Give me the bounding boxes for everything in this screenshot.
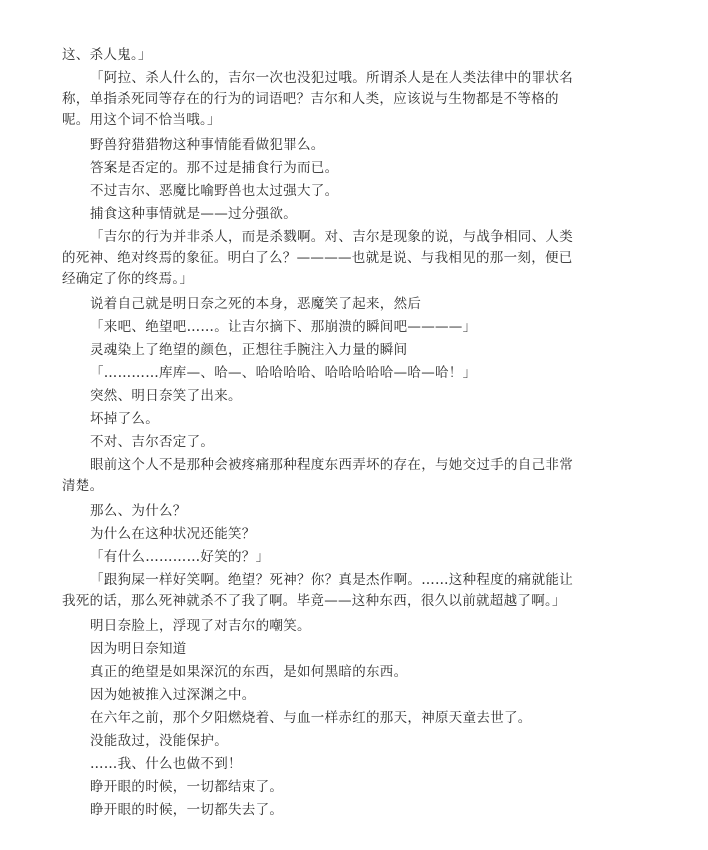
paragraph: 为什么在这种状况还能笑？ [62, 524, 582, 545]
paragraph: 「跟狗屎一样好笑啊。绝望？死神？你？真是杰作啊。……这种程度的痛就能让我死的话，… [62, 570, 582, 612]
paragraph: 真正的绝望是如果深沉的东西，是如何黑暗的东西。 [62, 662, 582, 683]
paragraph: 坏掉了么。 [62, 409, 582, 430]
paragraph: 野兽狩猎猎物这种事情能看做犯罪么。 [62, 135, 582, 156]
paragraph: 因为她被推入过深渊之中。 [62, 685, 582, 706]
paragraph: 不对、吉尔否定了。 [62, 432, 582, 453]
paragraph: 没能敌过，没能保护。 [62, 731, 582, 752]
paragraph: 睁开眼的时候，一切都失去了。 [62, 800, 582, 821]
paragraph: ……我、什么也做不到！ [62, 754, 582, 775]
paragraph: 明日奈脸上，浮现了对吉尔的嘲笑。 [62, 616, 582, 637]
paragraph: 这、杀人鬼。」 [62, 45, 582, 66]
paragraph: 答案是否定的。那不过是捕食行为而已。 [62, 158, 582, 179]
paragraph: 因为明日奈知道 [62, 639, 582, 660]
paragraph: 「有什么…………好笑的？」 [62, 547, 582, 568]
paragraph: 「吉尔的行为并非杀人，而是杀戮啊。对、吉尔是现象的说，与战争相同、人类的死神、绝… [62, 227, 582, 290]
paragraph: 「…………库库—、哈—、哈哈哈哈、哈哈哈哈哈—哈—哈！」 [62, 363, 582, 384]
paragraph: 突然、明日奈笑了出来。 [62, 386, 582, 407]
document-page: 这、杀人鬼。」 「阿拉、杀人什么的，吉尔一次也没犯过哦。所谓杀人是在人类法律中的… [62, 45, 582, 823]
paragraph: 捕食这种事情就是——过分强欲。 [62, 204, 582, 225]
paragraph: 那么、为什么？ [62, 501, 582, 522]
paragraph: 眼前这个人不是那种会被疼痛那种程度东西弄坏的存在，与她交过手的自己非常清楚。 [62, 455, 582, 497]
paragraph: 睁开眼的时候，一切都结束了。 [62, 777, 582, 798]
paragraph: 「阿拉、杀人什么的，吉尔一次也没犯过哦。所谓杀人是在人类法律中的罪状名称，单指杀… [62, 68, 582, 131]
paragraph: 「来吧、绝望吧……。让吉尔摘下、那崩溃的瞬间吧————」 [62, 317, 582, 338]
paragraph: 说着自己就是明日奈之死的本身，恶魔笑了起来，然后 [62, 294, 582, 315]
paragraph: 不过吉尔、恶魔比喻野兽也太过强大了。 [62, 181, 582, 202]
paragraph: 在六年之前，那个夕阳燃烧着、与血一样赤红的那天，神原天童去世了。 [62, 708, 582, 729]
paragraph: 灵魂染上了绝望的颜色，正想往手腕注入力量的瞬间 [62, 340, 582, 361]
